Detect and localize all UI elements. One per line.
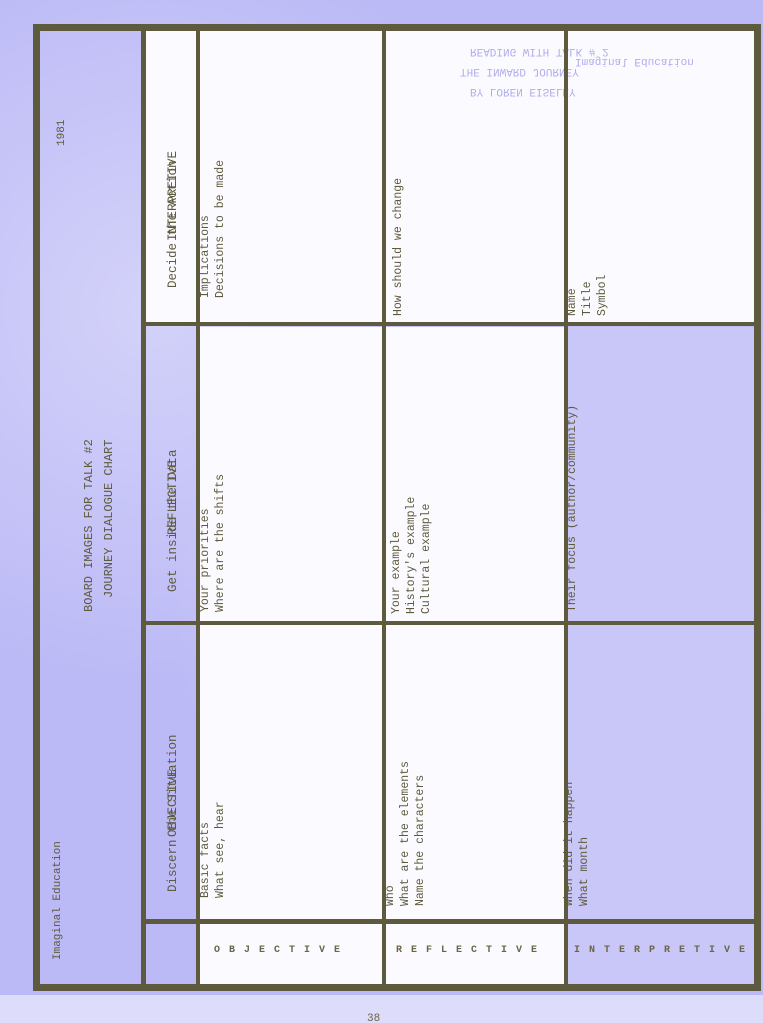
border-right xyxy=(754,24,761,991)
r2-reflective-line1: Your example xyxy=(390,531,404,614)
cell-r3-objective xyxy=(568,625,754,919)
r3-reflective-line1: Their focus (author/community) xyxy=(566,405,580,612)
bleed-through-author: BY LOREN EISELEY xyxy=(470,85,576,97)
bleed-through-side-note: Imaginal Education xyxy=(575,55,694,67)
page-number: 38 xyxy=(367,1013,380,1023)
chart-title-line2: JOURNEY DIALOGUE CHART xyxy=(102,440,117,598)
r2-interpretive-line1: How should we change xyxy=(392,178,406,316)
r2-reflective-line3: Cultural example xyxy=(420,504,434,614)
divider-h3 xyxy=(141,919,757,924)
row-label-objective: OBJECTIVE xyxy=(214,945,349,956)
r2-objective-line2: What are the elements xyxy=(399,761,413,906)
divider-h1 xyxy=(141,322,757,326)
r2-reflective-line2: History's example xyxy=(405,497,419,614)
r1-interpretive-line2: Decisions to be made xyxy=(214,160,228,298)
r1-reflective-line2: Where are the shifts xyxy=(214,474,228,612)
r3-objective-line1: When did it happen xyxy=(563,782,577,906)
bleed-through-subheading: THE INWARD JOURNEY xyxy=(460,65,579,77)
row-label-interpretive: INTERPRETIVE xyxy=(574,945,754,956)
column-subtitle-interpretive: Decide the Action xyxy=(166,160,182,288)
r2-objective-line3: Name the characters xyxy=(414,775,428,906)
r2-objective-line1: Who xyxy=(384,885,398,906)
divider-v1 xyxy=(141,28,146,988)
border-left xyxy=(33,24,40,991)
year: 1981 xyxy=(56,120,70,146)
chart-title-line1: BOARD IMAGES FOR TALK #2 xyxy=(82,439,97,612)
divider-h2 xyxy=(141,621,757,625)
r1-objective-line2: What see, hear xyxy=(214,801,228,898)
row-label-reflective: REFLECTIVE xyxy=(396,945,546,956)
r3-interpretive-line1: Name xyxy=(566,288,580,316)
r3-objective-line2: What month xyxy=(578,837,592,906)
divider-v3 xyxy=(382,28,386,988)
r3-interpretive-line3: Symbol xyxy=(596,275,610,316)
column-subtitle-objective: Discern the Situation xyxy=(166,734,182,892)
r3-interpretive-line2: Title xyxy=(581,281,595,316)
column-subtitle-reflective: Get inside the Data xyxy=(166,449,182,592)
r1-reflective-line1: Your priorities xyxy=(199,508,213,612)
organization-name: Imaginal Education xyxy=(52,841,66,960)
r1-interpretive-line1: Implications xyxy=(199,215,213,298)
page-bottom-margin xyxy=(0,995,763,1023)
r1-objective-line1: Basic facts xyxy=(199,822,213,898)
cell-r3-reflective xyxy=(568,327,754,621)
